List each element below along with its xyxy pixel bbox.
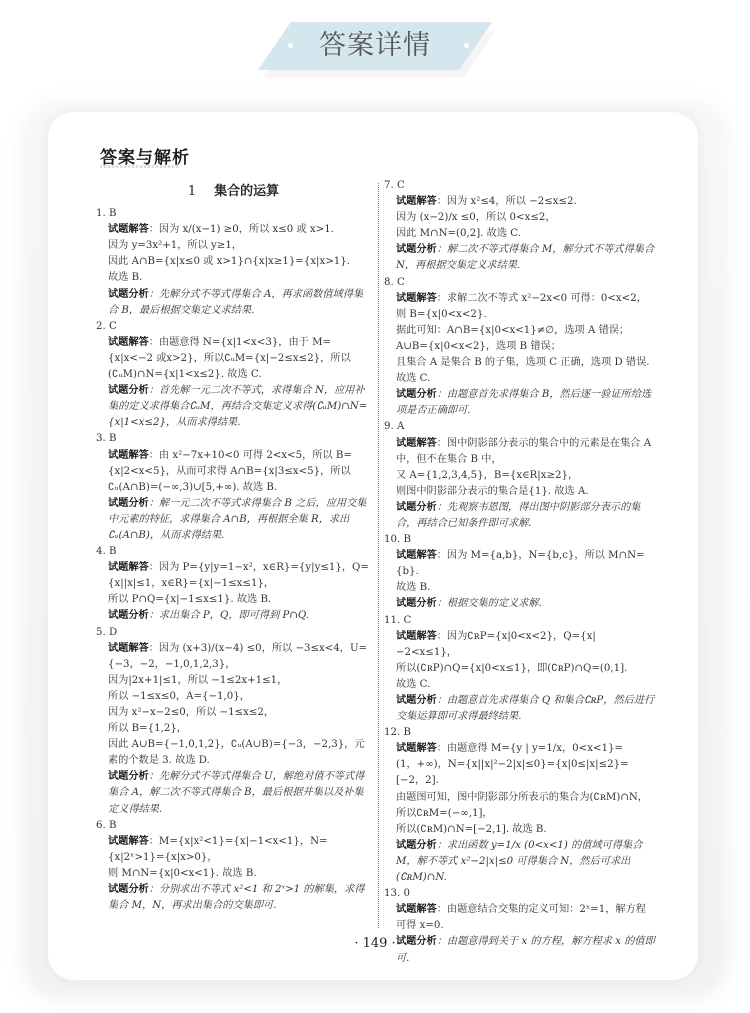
solution-line: 因此 A∩B={x|x≤0 或 x>1}∩{x|x≥1}={x|x>1}. — [108, 254, 371, 270]
question-number: 6. B — [96, 818, 371, 834]
solution-line: 试题解答：由题意得 M={y | y=1/x，0<x<1}=(1，+∞)，N={… — [396, 741, 656, 789]
solution-text: 因此 A∪B={−1,0,1,2}，∁ᵤ(A∪B)={−3，−2,3}，元素的个… — [108, 739, 365, 766]
question-number: 3. B — [96, 431, 371, 447]
question-item: 1. B试题解答：因为 x/(x−1) ≥0，所以 x≤0 或 x>1.因为 y… — [96, 206, 371, 319]
page-number: · 149 · — [0, 936, 750, 951]
solution-label: 试题解答 — [396, 196, 437, 207]
solution-text: 故选 C. — [396, 679, 430, 690]
solution-line: 则 M∩N={x|0<x<1}. 故选 B. — [108, 866, 371, 882]
solution-line: 则图中阴影部分表示的集合是{1}. 故选 A. — [396, 484, 656, 500]
solution-label: 试题解答 — [396, 631, 437, 642]
solution-text: 因为 (x−2)/x ≤0，所以 0<x≤2， — [396, 212, 556, 223]
question-body: 试题解答：由 x²−7x+10<0 可得 2<x<5，所以 B={x|2<x<5… — [96, 448, 371, 545]
analysis-line: 试题分析：解一元二次不等式求得集合 B 之后，应用交集中元素的特征，求得集合 A… — [108, 496, 371, 544]
solution-line: 试题解答：因为∁ʀP={x|0<x<2}，Q={x|−2<x≤1}， — [396, 629, 656, 661]
analysis-line: 试题分析：首先解一元二次不等式，求得集合 N，应用补集的定义求得集合∁ᵤM，再结… — [108, 383, 371, 431]
solution-line: 所以∁ʀM=(−∞,1]， — [396, 806, 656, 822]
solution-text: 又 A={1,2,3,4,5}，B={x∈R|x≥2}， — [396, 470, 578, 481]
analysis-label: 试题分析 — [396, 840, 437, 851]
right-column: 7. C试题解答：因为 x²≤4，所以 −2≤x≤2.因为 (x−2)/x ≤0… — [384, 178, 656, 967]
left-column: 1集合的运算 1. B试题解答：因为 x/(x−1) ≥0，所以 x≤0 或 x… — [96, 180, 371, 914]
solution-text: 因此 M∩N=(0,2]. 故选 C. — [396, 228, 521, 239]
question-item: 9. A试题解答：图中阴影部分表示的集合中的元素是在集合 A 中，但不在集合 B… — [384, 419, 656, 532]
right-question-list: 7. C试题解答：因为 x²≤4，所以 −2≤x≤2.因为 (x−2)/x ≤0… — [384, 178, 656, 967]
banner-title: 答案详情 — [258, 22, 492, 70]
question-item: 8. C试题解答：求解二次不等式 x²−2x<0 可得：0<x<2，则 B={x… — [384, 275, 656, 420]
question-body: 试题解答：因为∁ʀP={x|0<x<2}，Q={x|−2<x≤1}，所以(∁ʀP… — [384, 629, 656, 726]
solution-line: 所以(∁ʀM)∩N=[−2,1]. 故选 B. — [396, 822, 656, 838]
solution-line: 因为|2x+1|≤1，所以 −1≤2x+1≤1， — [108, 673, 371, 689]
solution-line: 试题解答：由题意得 N={x|1<x<3}，由于 M={x|x<−2 或x>2}… — [108, 335, 371, 383]
solution-line: 所以 P∩Q={x|−1≤x≤1}. 故选 B. — [108, 592, 371, 608]
solution-label: 试题解答 — [396, 904, 437, 915]
solution-text: 则 B={x|0<x<2}. — [396, 309, 487, 320]
question-body: 试题解答：由题意得 N={x|1<x<3}，由于 M={x|x<−2 或x>2}… — [96, 335, 371, 432]
solution-line: 故选 B. — [108, 270, 371, 286]
question-item: 4. B试题解答：因为 P={y|y=1−x²，x∈R}={y|y≤1}，Q={… — [96, 544, 371, 624]
question-body: 试题解答：图中阴影部分表示的集合中的元素是在集合 A 中，但不在集合 B 中，又… — [384, 436, 656, 533]
question-number: 11. C — [384, 613, 656, 629]
solution-text: 且集合 A 是集合 B 的子集，选项 C 正确，选项 D 错误. — [396, 357, 650, 368]
question-item: 12. B试题解答：由题意得 M={y | y=1/x，0<x<1}=(1，+∞… — [384, 725, 656, 886]
solution-text: 故选 B. — [396, 582, 430, 593]
question-item: 5. D试题解答：因为 (x+3)/(x−4) ≤0，所以 −3≤x<4，U={… — [96, 625, 371, 818]
solution-line: 且集合 A 是集合 B 的子集，选项 C 正确，选项 D 错误. — [396, 355, 656, 371]
question-item: 11. C试题解答：因为∁ʀP={x|0<x<2}，Q={x|−2<x≤1}，所… — [384, 613, 656, 726]
solution-line: 试题解答：图中阴影部分表示的集合中的元素是在集合 A 中，但不在集合 B 中， — [396, 436, 656, 468]
solution-text: ：因为 x²≤4，所以 −2≤x≤2. — [437, 196, 577, 207]
solution-text: 故选 B. — [108, 272, 142, 283]
solution-text: ：因为 x/(x−1) ≥0，所以 x≤0 或 x>1. — [149, 224, 334, 235]
analysis-label: 试题分析 — [396, 598, 437, 609]
analysis-line: 试题分析：先解分式不等式得集合 U，解绝对值不等式得集合 A，解二次不等式得集合… — [108, 769, 371, 817]
solution-label: 试题解答 — [396, 438, 437, 449]
analysis-line: 试题分析：求出集合 P，Q，即可得到 P∩Q. — [108, 608, 371, 624]
chapter-number: 1 — [188, 184, 196, 199]
solution-label: 试题解答 — [396, 550, 437, 561]
analysis-text: ：求出集合 P，Q，即可得到 P∩Q. — [149, 610, 309, 621]
solution-line: 所以 B={1,2}， — [108, 721, 371, 737]
analysis-label: 试题分析 — [396, 244, 437, 255]
solution-text: 因为 x²−x−2≤0，所以 −1≤x≤2， — [108, 707, 274, 718]
question-body: 试题解答：求解二次不等式 x²−2x<0 可得：0<x<2，则 B={x|0<x… — [384, 291, 656, 420]
solution-label: 试题解答 — [396, 743, 437, 754]
solution-text: 则 M∩N={x|0<x<1}. 故选 B. — [108, 868, 257, 879]
analysis-line: 试题分析：根据交集的定义求解. — [396, 596, 656, 612]
solution-label: 试题解答 — [108, 836, 149, 847]
analysis-line: 试题分析：由题意首先求得集合 Q 和集合∁ʀP，然后进行交集运算即可求得最终结果… — [396, 693, 656, 725]
question-item: 6. B试题解答：M={x|x²<1}={x|−1<x<1}，N={x|2ˣ>1… — [96, 818, 371, 915]
question-body: 试题解答：由题意结合交集的定义可知：2ˣ=1，解方程可得 x=0.试题分析：由题… — [384, 902, 656, 966]
analysis-label: 试题分析 — [396, 695, 437, 706]
question-number: 5. D — [96, 625, 371, 641]
solution-line: 故选 C. — [396, 371, 656, 387]
question-item: 13. 0试题解答：由题意结合交集的定义可知：2ˣ=1，解方程可得 x=0.试题… — [384, 886, 656, 966]
analysis-line: 试题分析：由题意首先求得集合 B，然后逐一验证所给选项是否正确即可. — [396, 387, 656, 419]
question-number: 1. B — [96, 206, 371, 222]
solution-text: 因为|2x+1|≤1，所以 −1≤2x+1≤1， — [108, 675, 287, 686]
solution-text: 所以∁ʀM=(−∞,1]， — [396, 808, 493, 819]
solution-line: 由题图可知，图中阴影部分所表示的集合为(∁ʀM)∩N， — [396, 790, 656, 806]
solution-line: 因为 (x−2)/x ≤0，所以 0<x≤2， — [396, 210, 656, 226]
question-number: 13. 0 — [384, 886, 656, 902]
solution-text: ：求解二次不等式 x²−2x<0 可得：0<x<2， — [437, 293, 647, 304]
question-body: 试题解答：由题意得 M={y | y=1/x，0<x<1}=(1，+∞)，N={… — [384, 741, 656, 886]
question-number: 10. B — [384, 532, 656, 548]
question-body: 试题解答：因为 x²≤4，所以 −2≤x≤2.因为 (x−2)/x ≤0，所以 … — [384, 194, 656, 274]
chapter-name: 集合的运算 — [214, 184, 279, 199]
analysis-line: 试题分析：求出函数 y=1/x (0<x<1) 的值域可得集合 M，解不等式 x… — [396, 838, 656, 886]
solution-line: A∪B={x|0<x<2}，选项 B 错误； — [396, 339, 656, 355]
solution-text: 由题图可知，图中阴影部分所表示的集合为(∁ʀM)∩N， — [396, 792, 648, 803]
question-body: 试题解答：因为 P={y|y=1−x²，x∈R}={y|y≤1}，Q={x||x… — [96, 560, 371, 624]
analysis-line: 试题分析：先解分式不等式得集合 A，再求函数值域得集合 B，最后根据交集定义求结… — [108, 287, 371, 319]
question-item: 7. C试题解答：因为 x²≤4，所以 −2≤x≤2.因为 (x−2)/x ≤0… — [384, 178, 656, 275]
solution-line: 试题解答：由 x²−7x+10<0 可得 2<x<5，所以 B={x|2<x<5… — [108, 448, 371, 496]
question-number: 2. C — [96, 319, 371, 335]
analysis-label: 试题分析 — [108, 771, 149, 782]
solution-line: 试题解答：因为 (x+3)/(x−4) ≤0，所以 −3≤x<4，U={−3，−… — [108, 641, 371, 673]
solution-text: 则图中阴影部分表示的集合是{1}. 故选 A. — [396, 486, 589, 497]
solution-text: 据此可知：A∩B={x|0<x<1}≠∅，选项 A 错误； — [396, 325, 629, 336]
column-divider — [378, 183, 379, 928]
solution-label: 试题解答 — [108, 450, 149, 461]
solution-line: 试题解答：因为 x²≤4，所以 −2≤x≤2. — [396, 194, 656, 210]
question-number: 4. B — [96, 544, 371, 560]
solution-text: 所以(∁ʀP)∩Q={x|0<x≤1}，即(∁ʀP)∩Q=(0,1]. — [396, 663, 627, 674]
solution-line: 所以(∁ʀP)∩Q={x|0<x≤1}，即(∁ʀP)∩Q=(0,1]. — [396, 661, 656, 677]
solution-line: 因此 A∪B={−1,0,1,2}，∁ᵤ(A∪B)={−3，−2,3}，元素的个… — [108, 737, 371, 769]
solution-text: 所以 −1≤x≤0，A={−1,0}， — [108, 691, 250, 702]
solution-text: 所以 B={1,2}， — [108, 723, 187, 734]
question-item: 10. B试题解答：因为 M={a,b}，N={b,c}，所以 M∩N={b}.… — [384, 532, 656, 612]
analysis-label: 试题分析 — [108, 289, 149, 300]
solution-text: 故选 C. — [396, 373, 430, 384]
solution-line: 试题解答：求解二次不等式 x²−2x<0 可得：0<x<2， — [396, 291, 656, 307]
question-body: 试题解答：M={x|x²<1}={x|−1<x<1}，N={x|2ˣ>1}={x… — [96, 834, 371, 914]
analysis-label: 试题分析 — [108, 498, 149, 509]
solution-text: 所以(∁ʀM)∩N=[−2,1]. 故选 B. — [396, 824, 547, 835]
analysis-label: 试题分析 — [108, 884, 149, 895]
solution-label: 试题解答 — [108, 337, 149, 348]
analysis-label: 试题分析 — [396, 502, 437, 513]
question-body: 试题解答：因为 (x+3)/(x−4) ≤0，所以 −3≤x<4，U={−3，−… — [96, 641, 371, 818]
solution-line: 故选 C. — [396, 677, 656, 693]
solution-line: 因为 x²−x−2≤0，所以 −1≤x≤2， — [108, 705, 371, 721]
solution-line: 试题解答：由题意结合交集的定义可知：2ˣ=1，解方程可得 x=0. — [396, 902, 656, 934]
solution-line: 试题解答：因为 P={y|y=1−x²，x∈R}={y|y≤1}，Q={x||x… — [108, 560, 371, 592]
solution-line: 据此可知：A∩B={x|0<x<1}≠∅，选项 A 错误； — [396, 323, 656, 339]
analysis-line: 试题分析：分别求出不等式 x²<1 和 2ˣ>1 的解集，求得集合 M，N，再求… — [108, 882, 371, 914]
solution-line: 所以 −1≤x≤0，A={−1,0}， — [108, 689, 371, 705]
left-question-list: 1. B试题解答：因为 x/(x−1) ≥0，所以 x≤0 或 x>1.因为 y… — [96, 206, 371, 914]
section-underline — [100, 165, 180, 168]
banner: 答案详情 — [0, 0, 750, 90]
question-body: 试题解答：因为 x/(x−1) ≥0，所以 x≤0 或 x>1.因为 y=3x²… — [96, 222, 371, 319]
solution-label: 试题解答 — [396, 293, 437, 304]
solution-text: 所以 P∩Q={x|−1≤x≤1}. 故选 B. — [108, 594, 271, 605]
question-number: 9. A — [384, 419, 656, 435]
analysis-label: 试题分析 — [108, 385, 149, 396]
analysis-label: 试题分析 — [396, 389, 437, 400]
question-item: 3. B试题解答：由 x²−7x+10<0 可得 2<x<5，所以 B={x|2… — [96, 431, 371, 544]
solution-line: 试题解答：因为 M={a,b}，N={b,c}，所以 M∩N={b}. — [396, 548, 656, 580]
chapter-title: 1集合的运算 — [96, 184, 371, 200]
question-number: 8. C — [384, 275, 656, 291]
solution-line: 因为 y=3x²+1，所以 y≥1， — [108, 238, 371, 254]
solution-label: 试题解答 — [108, 643, 149, 654]
solution-line: 则 B={x|0<x<2}. — [396, 307, 656, 323]
analysis-line: 试题分析：解二次不等式得集合 M，解分式不等式得集合 N，再根据交集定义求结果. — [396, 242, 656, 274]
solution-label: 试题解答 — [108, 224, 149, 235]
solution-text: 因此 A∩B={x|x≤0 或 x>1}∩{x|x≥1}={x|x>1}. — [108, 256, 350, 267]
analysis-line: 试题分析：先观察韦恩图，得出图中阴影部分表示的集合，再结合已知条件即可求解. — [396, 500, 656, 532]
solution-text: 因为 y=3x²+1，所以 y≥1， — [108, 240, 242, 251]
solution-line: 试题解答：M={x|x²<1}={x|−1<x<1}，N={x|2ˣ>1}={x… — [108, 834, 371, 866]
question-item: 2. C试题解答：由题意得 N={x|1<x<3}，由于 M={x|x<−2 或… — [96, 319, 371, 432]
solution-line: 又 A={1,2,3,4,5}，B={x∈R|x≥2}， — [396, 468, 656, 484]
solution-line: 试题解答：因为 x/(x−1) ≥0，所以 x≤0 或 x>1. — [108, 222, 371, 238]
question-number: 12. B — [384, 725, 656, 741]
analysis-text: ：根据交集的定义求解. — [437, 598, 542, 609]
solution-label: 试题解答 — [108, 562, 149, 573]
analysis-label: 试题分析 — [108, 610, 149, 621]
solution-text: A∪B={x|0<x<2}，选项 B 错误； — [396, 341, 561, 352]
question-number: 7. C — [384, 178, 656, 194]
solution-line: 因此 M∩N=(0,2]. 故选 C. — [396, 226, 656, 242]
solution-line: 故选 B. — [396, 580, 656, 596]
question-body: 试题解答：因为 M={a,b}，N={b,c}，所以 M∩N={b}.故选 B.… — [384, 548, 656, 612]
